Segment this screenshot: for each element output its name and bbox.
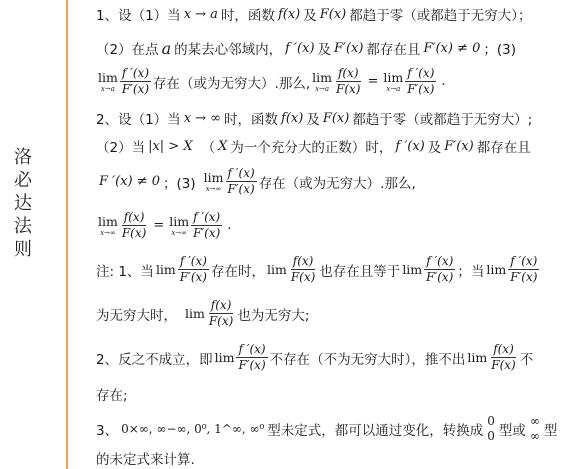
limit: lim xyxy=(185,307,205,321)
equals: = xyxy=(153,218,164,233)
math-F: F(x) xyxy=(323,111,350,126)
text: （2）在点 xyxy=(96,38,159,58)
text: 时，函数 xyxy=(221,4,275,24)
denominator: F(x) xyxy=(289,270,317,285)
text: 型未定式，都可以通过变化，转换成 xyxy=(267,419,483,439)
fraction-zero-over-zero: 00 xyxy=(485,414,497,444)
text: 3、 xyxy=(96,419,118,439)
fraction: f ′(x)F′(x) xyxy=(405,66,436,97)
text: 及 xyxy=(303,4,317,24)
rule2-line4: limx→∞ f(x)F(x) = limx→∞ f ′(x)F′(x) . xyxy=(96,210,234,241)
text: ；(3) xyxy=(483,38,516,58)
numerator: f ′(x) xyxy=(508,254,539,270)
denominator: F′(x) xyxy=(424,270,455,285)
math-abs-cond: |x| > X xyxy=(148,139,193,154)
lim-text: lim xyxy=(98,71,118,85)
denominator: ∞ xyxy=(528,429,542,444)
lim-text: lim xyxy=(169,215,189,229)
section-title-lhopital-rule: 洛 必 达 法 则 xyxy=(12,146,34,261)
math-cond: x → a xyxy=(184,7,218,22)
lim-text: lim xyxy=(185,307,205,321)
text: 不存在（不为无穷大时），推不出 xyxy=(270,348,466,368)
text: 存在时， xyxy=(211,260,265,280)
denominator: F′(x) xyxy=(191,226,222,241)
text: 也存在且等于 xyxy=(319,260,400,280)
fraction: f ′(x)F′(x) xyxy=(226,166,257,197)
denominator: F(x) xyxy=(489,358,517,373)
numerator: f(x) xyxy=(491,342,516,358)
fraction: f(x)F(x) xyxy=(334,66,362,97)
text: 都趋于零（或都趋于无穷大）; xyxy=(352,108,532,128)
denominator: F′(x) xyxy=(178,270,209,285)
text: 1、设（1）当 xyxy=(96,4,181,24)
rule2-line2: （2）当 |x| > X （ X 为一个充分大的正数）时， f ′(x) 及 F… xyxy=(96,136,531,156)
text: 及 xyxy=(318,38,332,58)
lim-text: lim xyxy=(98,215,118,229)
lim-sub: x→∞ xyxy=(171,229,187,237)
math-X: X xyxy=(218,139,227,154)
note1-line2: 为无穷大时， lim f(x)F(x) 也为无穷大; xyxy=(96,298,309,329)
lim-text: lim xyxy=(402,263,422,277)
note3-line1: 3、 0×∞, ∞−∞, 0⁰, 1^∞, ∞⁰ 型未定式，都可以通过变化，转换… xyxy=(96,414,557,444)
text: 都趋于零（或都趋于无穷大）； xyxy=(349,4,531,24)
numerator: 0 xyxy=(485,414,497,429)
fraction: f ′(x)F′(x) xyxy=(508,254,539,285)
math-Fprime: F′(x) xyxy=(334,41,363,56)
title-char: 洛 xyxy=(12,146,34,169)
title-char: 法 xyxy=(12,215,34,238)
denominator: F′(x) xyxy=(120,82,151,97)
math-Fprime-ne-0: F ′(x) ≠ 0 xyxy=(99,174,160,189)
lim-text: lim xyxy=(215,351,235,365)
lim-sub: x→a xyxy=(315,85,329,93)
math-f: f(x) xyxy=(278,7,300,22)
lim-sub: x→∞ xyxy=(100,229,116,237)
text: 也为无穷大; xyxy=(237,304,309,324)
math-fprime: f ′(x) xyxy=(285,41,314,56)
denominator: F(x) xyxy=(334,82,362,97)
numerator: f(x) xyxy=(209,298,234,314)
orange-divider xyxy=(66,0,68,469)
rule2-line1: 2、设（1）当 x → ∞ 时，函数 f(x) 及 F(x) 都趋于零（或都趋于… xyxy=(96,108,532,128)
fraction: f(x)F(x) xyxy=(207,298,235,329)
fraction: f(x)F(x) xyxy=(120,210,148,241)
denominator: F(x) xyxy=(120,226,148,241)
limit: lim xyxy=(215,351,235,365)
note3-line2: 的未定式来计算. xyxy=(96,448,195,468)
note2-line2: 存在; xyxy=(96,384,128,404)
title-char: 达 xyxy=(12,192,34,215)
numerator: f(x) xyxy=(336,66,361,82)
numerator: f(x) xyxy=(122,210,147,226)
text: 2、反之不成立，即 xyxy=(96,348,213,368)
lim-sub: x→a xyxy=(101,85,115,93)
limit: lim xyxy=(467,351,487,365)
rule1-line1: 1、设（1）当 x → a 时，函数 f(x) 及 F(x) 都趋于零（或都趋于… xyxy=(96,4,531,24)
fraction-inf-over-inf: ∞∞ xyxy=(528,414,542,444)
numerator: f ′(x) xyxy=(178,254,209,270)
fraction: f ′(x)F′(x) xyxy=(178,254,209,285)
text: 型 xyxy=(544,419,558,439)
title-char: 则 xyxy=(12,238,34,261)
text: ；当 xyxy=(457,260,484,280)
equals: = xyxy=(367,74,378,89)
fraction: f ′(x)F′(x) xyxy=(236,342,267,373)
numerator: f ′(x) xyxy=(226,166,257,182)
title-char: 必 xyxy=(12,169,34,192)
text: 及 xyxy=(306,108,320,128)
fraction: f ′(x)F′(x) xyxy=(120,66,151,97)
period: . xyxy=(441,74,445,89)
fraction: f ′(x)F′(x) xyxy=(191,210,222,241)
rule1-line2: （2）在点 a 的某去心邻域内， f ′(x) 及 f ′(x) F′(x) 都… xyxy=(96,38,516,58)
numerator: f(x) xyxy=(291,254,316,270)
denominator: F(x) xyxy=(207,314,235,329)
limit: lim xyxy=(156,263,176,277)
limit: lim xyxy=(402,263,422,277)
lim-sub: x→∞ xyxy=(206,185,222,193)
math-Fprime-ne-0: F′(x) ≠ 0 xyxy=(423,41,480,56)
text: （ xyxy=(202,136,216,156)
denominator: F′(x) xyxy=(405,82,436,97)
limit: limx→∞ xyxy=(169,215,189,237)
numerator: f ′(x) xyxy=(191,210,222,226)
text: 的某去心邻域内， xyxy=(174,38,282,58)
math-cond: x → ∞ xyxy=(184,111,221,126)
fraction: f ′(x)F′(x) xyxy=(424,254,455,285)
denominator: F′(x) xyxy=(226,182,257,197)
numerator: f ′(x) xyxy=(424,254,455,270)
note2-line1: 2、反之不成立，即 lim f ′(x)F′(x) 不存在（不为无穷大时），推不… xyxy=(96,342,533,373)
text: 存在; xyxy=(96,384,128,404)
limit: limx→∞ xyxy=(204,171,224,193)
lim-text: lim xyxy=(312,71,332,85)
math-fprime: f ′(x) xyxy=(395,139,424,154)
rule1-line3: limx→a f ′(x)F′(x) 存在（或为无穷大）.那么, limx→a … xyxy=(96,66,449,97)
fraction: f(x)F(x) xyxy=(489,342,517,373)
numerator: ∞ xyxy=(528,414,542,429)
text: （2）当 xyxy=(96,136,145,156)
math-Fprime: F′(x) xyxy=(444,139,473,154)
numerator: f ′(x) xyxy=(405,66,436,82)
period: . xyxy=(227,218,231,233)
math-f: f(x) xyxy=(281,111,303,126)
numerator: f ′(x) xyxy=(120,66,151,82)
limit: limx→∞ xyxy=(98,215,118,237)
text: 为无穷大时， xyxy=(96,304,177,324)
math-a: a xyxy=(162,39,172,58)
lim-text: lim xyxy=(156,263,176,277)
text: ；(3) xyxy=(163,172,196,192)
fraction: f(x)F(x) xyxy=(289,254,317,285)
lim-text: lim xyxy=(383,71,403,85)
text: 型或 xyxy=(499,419,526,439)
text: 都存在且 xyxy=(366,38,420,58)
text: 注: 1、当 xyxy=(96,260,154,280)
text: 2、设（1）当 xyxy=(96,108,181,128)
text: 都存在且 xyxy=(477,136,531,156)
text: 时，函数 xyxy=(224,108,278,128)
lim-text: lim xyxy=(267,263,287,277)
text: 不 xyxy=(520,348,534,368)
text: 为一个充分大的正数）时， xyxy=(230,136,392,156)
lim-text: lim xyxy=(486,263,506,277)
lim-text: lim xyxy=(467,351,487,365)
denominator: 0 xyxy=(485,429,497,444)
text: 存在（或为无穷大）.那么, xyxy=(259,172,416,192)
denominator: F′(x) xyxy=(236,358,267,373)
limit: limx→a xyxy=(383,71,403,93)
limit: limx→a xyxy=(312,71,332,93)
limit: limx→a xyxy=(98,71,118,93)
math-F: F(x) xyxy=(320,7,347,22)
rule2-line3: F ′(x) ≠ 0 ；(3) limx→∞ f ′(x)F′(x) 存在（或为… xyxy=(96,166,416,197)
text: 的未定式来计算. xyxy=(96,448,195,468)
numerator: f ′(x) xyxy=(236,342,267,358)
denominator: F′(x) xyxy=(508,270,539,285)
limit: lim xyxy=(267,263,287,277)
lim-sub: x→a xyxy=(386,85,400,93)
text: 及 xyxy=(428,136,442,156)
note1-line1: 注: 1、当 lim f ′(x)F′(x) 存在时， lim f(x)F(x)… xyxy=(96,254,541,285)
lim-text: lim xyxy=(204,171,224,185)
limit: lim xyxy=(486,263,506,277)
text: 存在（或为无穷大）.那么, xyxy=(153,72,310,92)
math-indeterminate-forms: 0×∞, ∞−∞, 0⁰, 1^∞, ∞⁰ xyxy=(121,422,264,436)
